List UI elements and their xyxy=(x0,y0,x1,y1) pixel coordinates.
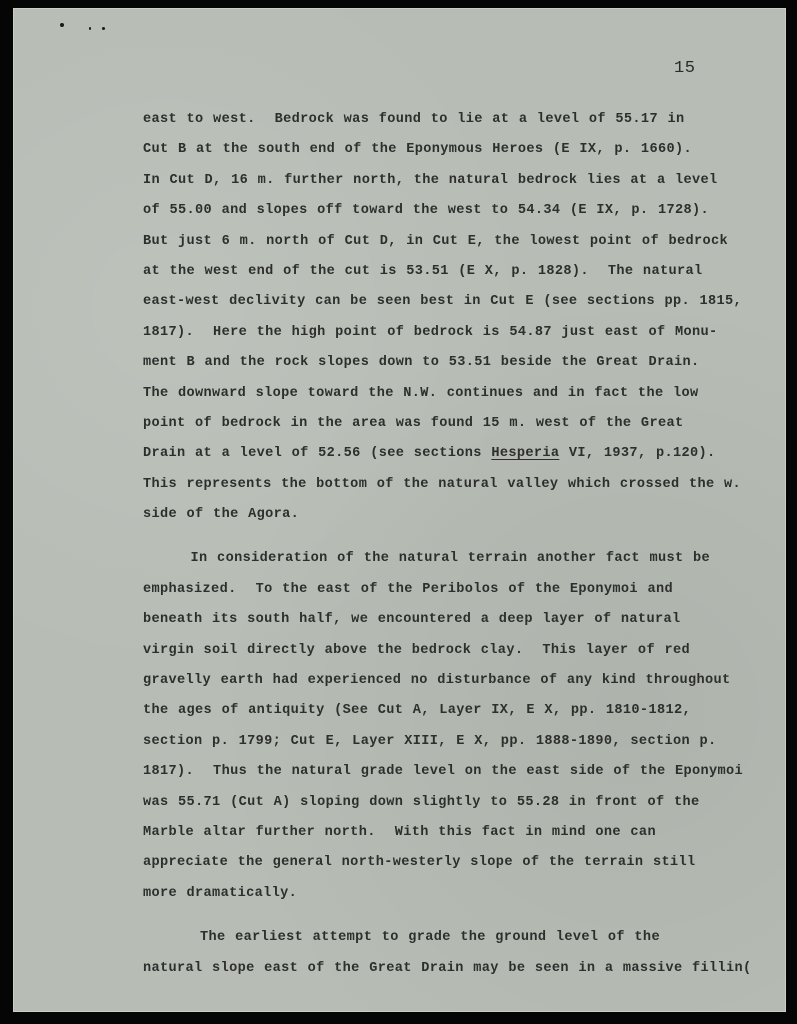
paragraph: east to west. Bedrock was found to lie a… xyxy=(143,105,793,530)
paragraph: The earliest attempt to grade the ground… xyxy=(143,923,793,984)
journal-title-underlined: Hesperia xyxy=(491,446,559,461)
text-line: point of bedrock in the area was found 1… xyxy=(143,409,793,439)
text-line: In consideration of the natural terrain … xyxy=(143,544,793,574)
text-line: The earliest attempt to grade the ground… xyxy=(143,923,793,953)
text-segment: Drain at a level of 52.56 (see sections xyxy=(143,446,491,461)
text-line: But just 6 m. north of Cut D, in Cut E, … xyxy=(143,227,793,257)
document-page: 15 east to west. Bedrock was found to li… xyxy=(13,8,786,1012)
text-line: at the west end of the cut is 53.51 (E X… xyxy=(143,257,793,287)
text-line: the ages of antiquity (See Cut A, Layer … xyxy=(143,696,793,726)
text-line: more dramatically. xyxy=(143,879,793,909)
paper-speck xyxy=(60,23,64,27)
text-segment: VI, 1937, p.120). xyxy=(559,446,715,461)
text-line: 1817). Thus the natural grade level on t… xyxy=(143,757,793,787)
document-body: east to west. Bedrock was found to lie a… xyxy=(143,105,793,984)
text-line: east-west declivity can be seen best in … xyxy=(143,287,793,317)
text-line: 1817). Here the high point of bedrock is… xyxy=(143,318,793,348)
paper-speck xyxy=(102,27,105,30)
text-line: This represents the bottom of the natura… xyxy=(143,470,793,500)
text-line: appreciate the general north-westerly sl… xyxy=(143,848,793,878)
text-line: side of the Agora. xyxy=(143,500,793,530)
text-line: was 55.71 (Cut A) sloping down slightly … xyxy=(143,788,793,818)
text-line: section p. 1799; Cut E, Layer XIII, E X,… xyxy=(143,727,793,757)
text-line: beneath its south half, we encountered a… xyxy=(143,605,793,635)
paragraph-spacer xyxy=(143,530,793,544)
text-line: east to west. Bedrock was found to lie a… xyxy=(143,105,793,135)
text-line: ment B and the rock slopes down to 53.51… xyxy=(143,348,793,378)
paragraph-spacer xyxy=(143,909,793,923)
text-line: Cut B at the south end of the Eponymous … xyxy=(143,135,793,165)
text-line: natural slope east of the Great Drain ma… xyxy=(143,954,793,984)
text-line: In Cut D, 16 m. further north, the natur… xyxy=(143,166,793,196)
paper-speck xyxy=(89,27,91,30)
text-line: virgin soil directly above the bedrock c… xyxy=(143,636,793,666)
text-line: The downward slope toward the N.W. conti… xyxy=(143,379,793,409)
text-line: gravelly earth had experienced no distur… xyxy=(143,666,793,696)
page-number: 15 xyxy=(674,59,695,78)
text-line: Marble altar further north. With this fa… xyxy=(143,818,793,848)
text-line-with-citation: Drain at a level of 52.56 (see sections … xyxy=(143,439,793,469)
text-line: of 55.00 and slopes off toward the west … xyxy=(143,196,793,226)
paragraph: In consideration of the natural terrain … xyxy=(143,544,793,909)
text-line: emphasized. To the east of the Peribolos… xyxy=(143,575,793,605)
